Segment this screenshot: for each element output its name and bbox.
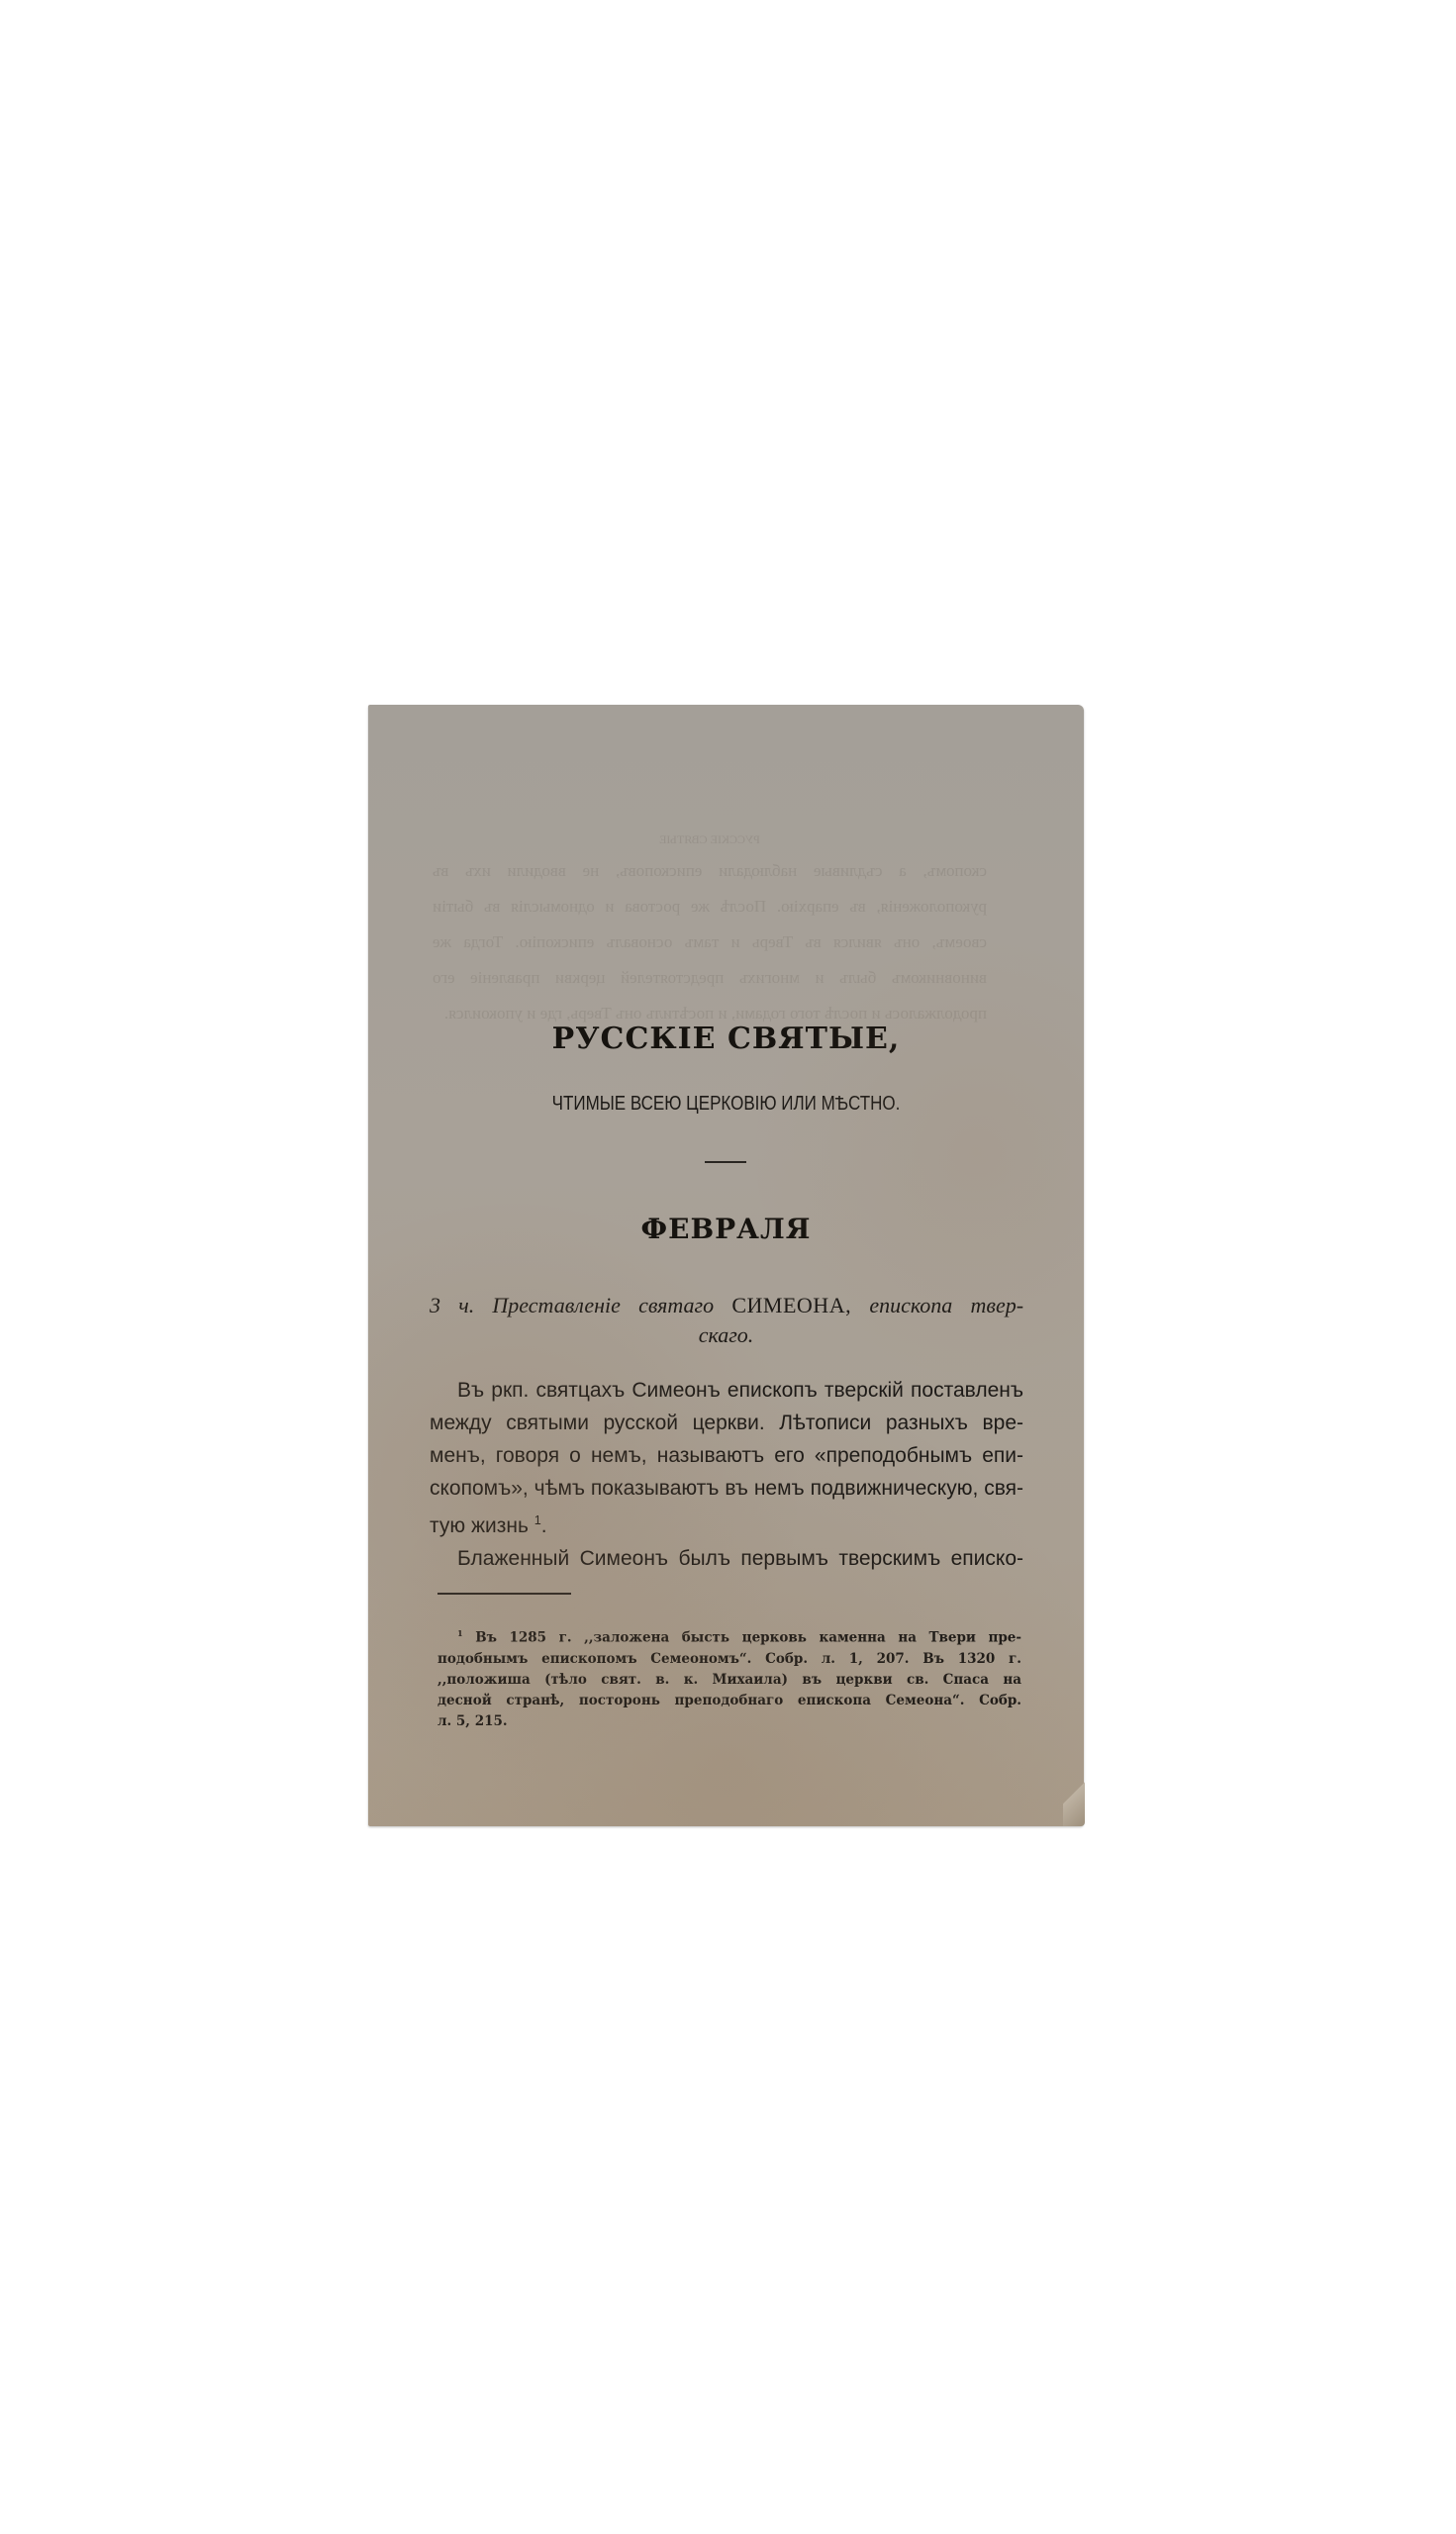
entry-heading-continuation: скаго. bbox=[368, 1322, 1084, 1348]
book-page: РУССКІЕ СВЯТЫЕ скопомъ, а съдливые наблю… bbox=[368, 705, 1084, 1826]
folded-corner bbox=[1063, 1767, 1085, 1826]
footnote-line: ,,положиша (тѣло свят. в. к. Михаила) въ… bbox=[437, 1670, 1021, 1691]
entry-heading-name: СИМЕОНА, bbox=[731, 1293, 851, 1317]
entry-heading-suffix: епископа твер- bbox=[869, 1293, 1023, 1317]
entry-heading: 3 ч. Преставленіе святаго СИМЕОНА, еписк… bbox=[430, 1289, 1023, 1322]
paragraph-line: между святыми русской церкви. Лѣтописи р… bbox=[430, 1407, 1023, 1439]
footnote-text: Въ 1285 г. ,,заложена бысть церковь каме… bbox=[475, 1630, 1021, 1646]
paragraph-line: Блаженный Симеонъ былъ первымъ тверскимъ… bbox=[430, 1542, 1023, 1575]
paragraph-line: менъ, говоря о немъ, называютъ его «преп… bbox=[430, 1439, 1023, 1472]
paragraph-end-punct: . bbox=[541, 1514, 547, 1537]
bleed-through-text: скопомъ, а съдливые наблюдали епископовъ… bbox=[433, 853, 987, 1031]
paragraph-text: тую жизнь bbox=[430, 1514, 529, 1537]
paragraph-line-last: тую жизнь 1. bbox=[430, 1505, 1023, 1542]
title-divider bbox=[705, 1161, 746, 1163]
footnote-line: подобнымъ епископомъ Семеономъ“. Собр. л… bbox=[437, 1649, 1021, 1670]
footnote: 1 Въ 1285 г. ,,заложена бысть церковь ка… bbox=[437, 1623, 1021, 1732]
month-heading: ФЕВРАЛЯ bbox=[368, 1213, 1084, 1245]
footnote-divider bbox=[437, 1593, 571, 1595]
page-subtitle: ЧТИМЫЕ ВСЕЮ ЦЕРКОВІЮ ИЛИ МѢСТНО. bbox=[422, 1093, 1030, 1116]
footnote-marker: 1 bbox=[457, 1628, 463, 1638]
footnote-line: десной странѣ, посторонь преподобнаго еп… bbox=[437, 1691, 1021, 1711]
paragraph-line: Въ ркп. святцахъ Симеонъ епископъ тверск… bbox=[430, 1374, 1023, 1407]
footnote-reference: 1 bbox=[534, 1513, 541, 1527]
footnote-line: 1 Въ 1285 г. ,,заложена бысть церковь ка… bbox=[437, 1623, 1021, 1649]
page-title: РУССКІЕ СВЯТЫЕ, bbox=[368, 1022, 1084, 1056]
footnote-line: л. 5, 215. bbox=[437, 1711, 1021, 1732]
bleed-through-header: РУССКІЕ СВЯТЫЕ bbox=[433, 822, 987, 857]
paragraph-line: скопомъ», чѣмъ показываютъ въ немъ подви… bbox=[430, 1472, 1023, 1505]
paragraph-1: Въ ркп. святцахъ Симеонъ епископъ тверск… bbox=[430, 1374, 1023, 1542]
entry-heading-prefix: 3 ч. Преставленіе святаго bbox=[430, 1293, 714, 1317]
paragraph-2: Блаженный Симеонъ былъ первымъ тверскимъ… bbox=[430, 1542, 1023, 1575]
